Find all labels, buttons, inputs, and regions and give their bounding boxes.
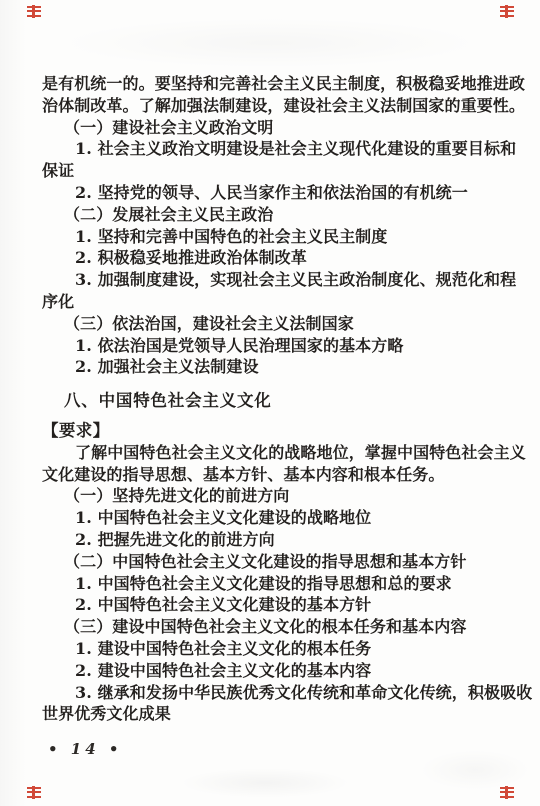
requirements-label: 【要求】 xyxy=(42,420,512,442)
text-block: 是有机统一的。要坚持和完善社会主义民主制度，积极稳妥地推进政治体制改革。了解加强… xyxy=(42,73,512,725)
red-corner-mark-bottom-left xyxy=(27,786,41,799)
text-line: 了解中国特色社会主义文化的战略地位，掌握中国特色社会主义 xyxy=(42,442,512,464)
text-line: （三）依法治国，建设社会主义法制国家 xyxy=(42,313,512,335)
text-line: 保证 xyxy=(42,160,512,182)
text-line: 治体制改革。了解加强法制建设，建设社会主义法制国家的重要性。 xyxy=(42,95,512,117)
page-number: • 14 • xyxy=(48,740,123,758)
text-line: （二）中国特色社会主义文化建设的指导思想和基本方针 xyxy=(42,551,512,573)
scan-smudge xyxy=(180,768,350,798)
red-corner-mark-bottom-right xyxy=(500,786,514,799)
text-line: 2. 坚持党的领导、人民当家作主和依法治国的有机统一 xyxy=(42,182,512,204)
text-line: （一）建设社会主义政治文明 xyxy=(42,117,512,139)
text-line: 3. 加强制度建设，实现社会主义民主政治制度化、规范化和程 xyxy=(42,269,512,291)
text-line: 2. 中国特色社会主义文化建设的基本方针 xyxy=(42,594,512,616)
text-line: 2. 建设中国特色社会主义文化的基本内容 xyxy=(42,660,512,682)
text-line: 是有机统一的。要坚持和完善社会主义民主制度，积极稳妥地推进政 xyxy=(42,73,512,95)
text-line: 2. 加强社会主义法制建设 xyxy=(42,356,512,378)
text-line: 1. 中国特色社会主义文化建设的战略地位 xyxy=(42,507,512,529)
scan-shading-top xyxy=(60,18,480,68)
text-line: （一）坚持先进文化的前进方向 xyxy=(42,485,512,507)
text-line: 1. 中国特色社会主义文化建设的指导思想和总的要求 xyxy=(42,573,512,595)
text-line: 1. 坚持和完善中国特色的社会主义民主制度 xyxy=(42,226,512,248)
text-line: 世界优秀文化成果 xyxy=(42,703,512,725)
text-line: 2. 积极稳妥地推进政治体制改革 xyxy=(42,247,512,269)
red-corner-mark-top-left xyxy=(27,5,41,18)
text-line: 1. 依法治国是党领导人民治理国家的基本方略 xyxy=(42,335,512,357)
scanned-book-page: { "doc": { "accent_red": "#ce3a28", "lin… xyxy=(0,0,540,806)
text-line: （三）建设中国特色社会主义文化的根本任务和基本内容 xyxy=(42,616,512,638)
scan-shading-left xyxy=(0,0,26,806)
text-line: 文化建设的指导思想、基本方针、基本内容和根本任务。 xyxy=(42,464,512,486)
text-line: 3. 继承和发扬中华民族优秀文化传统和革命文化传统，积极吸收 xyxy=(42,682,512,704)
text-line: 1. 社会主义政治文明建设是社会主义现代化建设的重要目标和 xyxy=(42,138,512,160)
text-line: 2. 把握先进文化的前进方向 xyxy=(42,529,512,551)
text-line: （二）发展社会主义民主政治 xyxy=(42,204,512,226)
text-line: 1. 建设中国特色社会主义文化的根本任务 xyxy=(42,638,512,660)
red-corner-mark-top-right xyxy=(500,5,514,18)
scan-smudge xyxy=(420,750,530,790)
section-heading: 八、中国特色社会主义文化 xyxy=(42,390,512,412)
text-line: 序化 xyxy=(42,291,512,313)
